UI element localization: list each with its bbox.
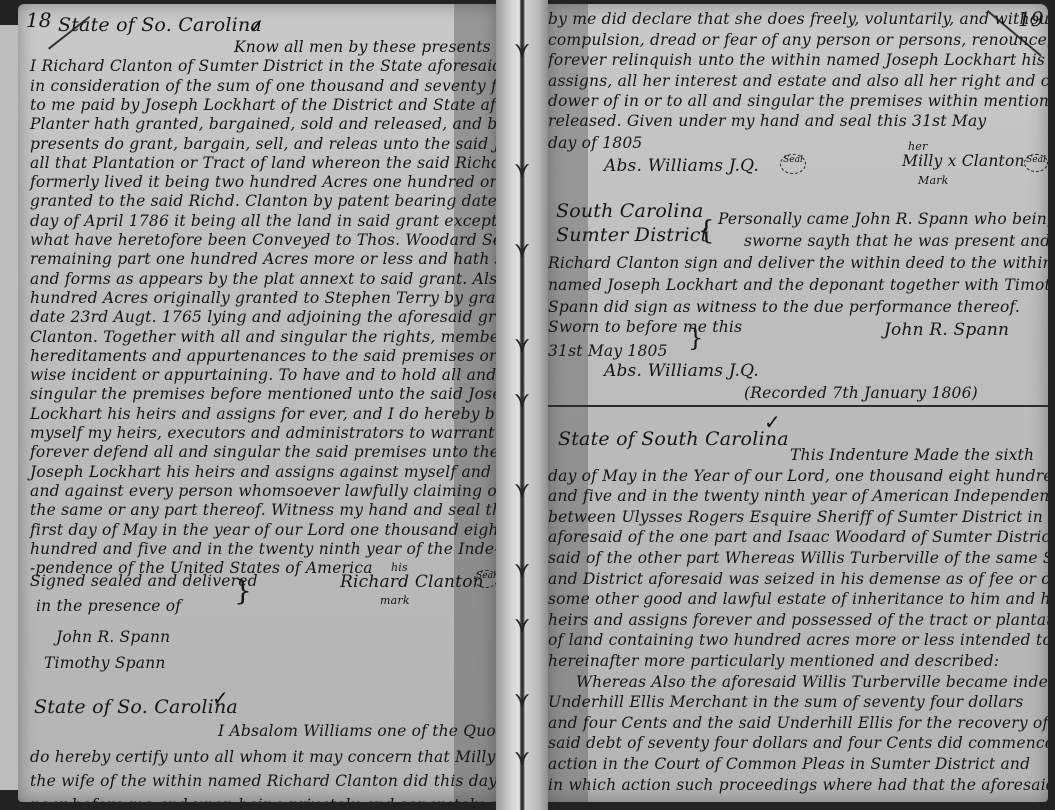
text-line: and against every person whomsoever lawf… [30, 482, 496, 500]
text-line: hundred and five and in the twenty ninth… [30, 540, 496, 558]
indenture-heading: State of South Carolina [558, 428, 789, 450]
text-line: I Absalom Williams one of the Quor [218, 722, 496, 740]
text-line: This Indenture Made the sixth [790, 446, 1034, 464]
mark-below: mark [380, 594, 410, 607]
text-line: and five and in the twenty ninth year of… [548, 487, 1048, 505]
text-line: the wife of the within named Richard Cla… [30, 772, 496, 790]
text-line: assigns, all her interest and estate and… [548, 72, 1048, 90]
witness-1: John R. Spann [56, 628, 170, 646]
seal-icon: Seal [474, 570, 496, 588]
recorded-note: (Recorded 7th January 1806) [744, 384, 978, 402]
check-mark-icon: ✓ [764, 410, 781, 434]
brace: { [698, 216, 715, 246]
stitch-icon: ⋎ [505, 240, 539, 262]
text-line: action in the Court of Common Pleas in S… [548, 755, 1030, 773]
text-line: hereinafter more particularly mentioned … [548, 652, 999, 670]
text-line: day of April 1786 it being all the land … [30, 212, 496, 230]
text-line: forever defend all and singular the said… [30, 443, 496, 461]
section-divider [548, 405, 1048, 407]
text-line: Clanton. Together with all and singular … [30, 328, 496, 346]
text-line: presents do grant, bargain, sell, and re… [30, 135, 496, 153]
text-line: I Richard Clanton of Sumter District in … [30, 57, 496, 75]
text-line: and District aforesaid was seized in his… [548, 570, 1048, 588]
deponent-signature: John R. Spann [884, 320, 1009, 340]
right-page: 19 by me did declare that she does freel… [548, 4, 1048, 802]
attestation-line-2: in the presence of [36, 597, 181, 615]
left-page: 18 State of So. Carolina ✓ Know all men … [18, 4, 496, 802]
brace: } [234, 574, 252, 607]
deed-heading: State of So. Carolina [58, 14, 262, 36]
text-line: and forms as appears by the plat annext … [30, 270, 496, 288]
milly-signature: Milly x Clanton [902, 152, 1025, 170]
text-line: remaining part one hundred Acres more or… [30, 250, 496, 268]
text-line: aforesaid of the one part and Isaac Wood… [548, 528, 1048, 546]
text-line: day of May in the Year of our Lord, one … [548, 467, 1048, 485]
text-line: to me paid by Joseph Lockhart of the Dis… [30, 96, 496, 114]
text-line: in which action such proceedings where h… [548, 776, 1048, 794]
text-line: of land containing two hundred acres mor… [548, 631, 1048, 649]
text-line: forever relinquish unto the within named… [548, 51, 1048, 69]
text-line: said of the other part Whereas Willis Tu… [548, 549, 1048, 567]
page-number-left: 18 [26, 8, 51, 32]
seal-icon: Seal [780, 154, 806, 174]
text-line: hundred Acres originally granted to Step… [30, 289, 496, 307]
stitch-icon: ⋎ [505, 615, 539, 637]
stitch-icon: ⋎ [505, 560, 539, 582]
text-line: compulsion, dread or fear of any person … [548, 31, 1048, 49]
text-line: between Ulysses Rogers Esquire Sheriff o… [548, 508, 1048, 526]
text-line: Know all men by these presents that [234, 38, 496, 56]
text-line: do hereby certify unto all whom it may c… [30, 748, 496, 766]
text-line: what have heretofore been Conveyed to Th… [30, 231, 496, 249]
text-line: Whereas Also the aforesaid Willis Turber… [576, 673, 1048, 691]
justice-signature: Abs. Williams J.Q. [604, 156, 759, 176]
text-line: day of 1805 [548, 134, 643, 152]
mark-below: Mark [918, 174, 949, 187]
justice-signature-2: Abs. Williams J.Q. [604, 361, 759, 381]
certificate-heading: State of So. Carolina [34, 696, 238, 718]
text-line: some other good and lawful estate of inh… [548, 590, 1048, 608]
stitch-icon: ⋎ [505, 390, 539, 412]
text-line: myself my heirs, executors and administr… [30, 424, 496, 442]
text-line: Joseph Lockhart his heirs and assigns ag… [30, 463, 496, 481]
text-line: wise incident or appurtaining. To have a… [30, 366, 496, 384]
text-line: Underhill Ellis Merchant in the sum of s… [548, 693, 1024, 711]
attestation-line-1: Signed sealed and delivered [30, 572, 258, 590]
text-line: date 23rd Augt. 1765 lying and adjoining… [30, 308, 496, 326]
text-line: dower of in or to all and singular the p… [548, 92, 1048, 110]
stitch-icon: ⋎ [505, 40, 539, 62]
text-line: the same or any part thereof. Witness my… [30, 501, 496, 519]
stitch-icon: ⋎ [505, 480, 539, 502]
text-line: hereditaments and appurtenances to the s… [30, 347, 496, 365]
text-line: sworne sayth that he was present and saw [744, 232, 1048, 250]
text-line: first day of May in the year of our Lord… [30, 521, 496, 539]
signer-signature: Richard Clanton [340, 572, 484, 592]
text-line: Richard Clanton sign and deliver the wit… [548, 254, 1048, 272]
text-line: granted to the said Richd. Clanton by pa… [30, 192, 496, 210]
text-line: named Joseph Lockhart and the deponant t… [548, 276, 1048, 294]
text-line: by me did declare that she does freely, … [548, 10, 1048, 28]
text-line: said debt of seventy four dollars and fo… [548, 734, 1048, 752]
text-line: Lockhart his heirs and assigns for ever,… [30, 405, 496, 423]
text-line: Spann did sign as witness to the due per… [548, 298, 1020, 316]
text-line: and four Cents and the said Underhill El… [548, 714, 1048, 732]
check-mark-icon: ✓ [248, 14, 265, 38]
text-line: formerly lived it being two hundred Acre… [30, 173, 496, 191]
text-line: all that Plantation or Tract of land whe… [30, 154, 496, 172]
text-line: released. Given under my hand and seal t… [548, 112, 986, 130]
text-line: Planter hath granted, bargained, sold an… [30, 115, 496, 133]
text-line: pear before me and upon being privately … [30, 796, 496, 802]
brace: } [688, 324, 703, 352]
affidavit-heading-state: South Carolina [556, 200, 704, 222]
witness-2: Timothy Spann [44, 654, 166, 672]
sworn-line: Sworn to before me this [548, 318, 742, 336]
stitch-icon: ⋎ [505, 690, 539, 712]
stitch-icon: ⋎ [505, 335, 539, 357]
check-mark-icon: ✓ [212, 686, 229, 710]
text-line: heirs and assigns forever and possessed … [548, 611, 1048, 629]
stitch-icon: ⋎ [505, 160, 539, 182]
seal-icon: Seal [1024, 154, 1048, 172]
stitch-icon: ⋎ [505, 748, 539, 770]
text-line: in consideration of the sum of one thous… [30, 77, 496, 95]
sworn-date: 31st May 1805 [548, 342, 668, 360]
ledger-spread: 18 State of So. Carolina ✓ Know all men … [0, 0, 1055, 810]
affidavit-heading-district: Sumter District [556, 224, 708, 246]
text-line: Personally came John R. Spann who being [718, 210, 1048, 228]
text-line: singular the premises before mentioned u… [30, 385, 496, 403]
